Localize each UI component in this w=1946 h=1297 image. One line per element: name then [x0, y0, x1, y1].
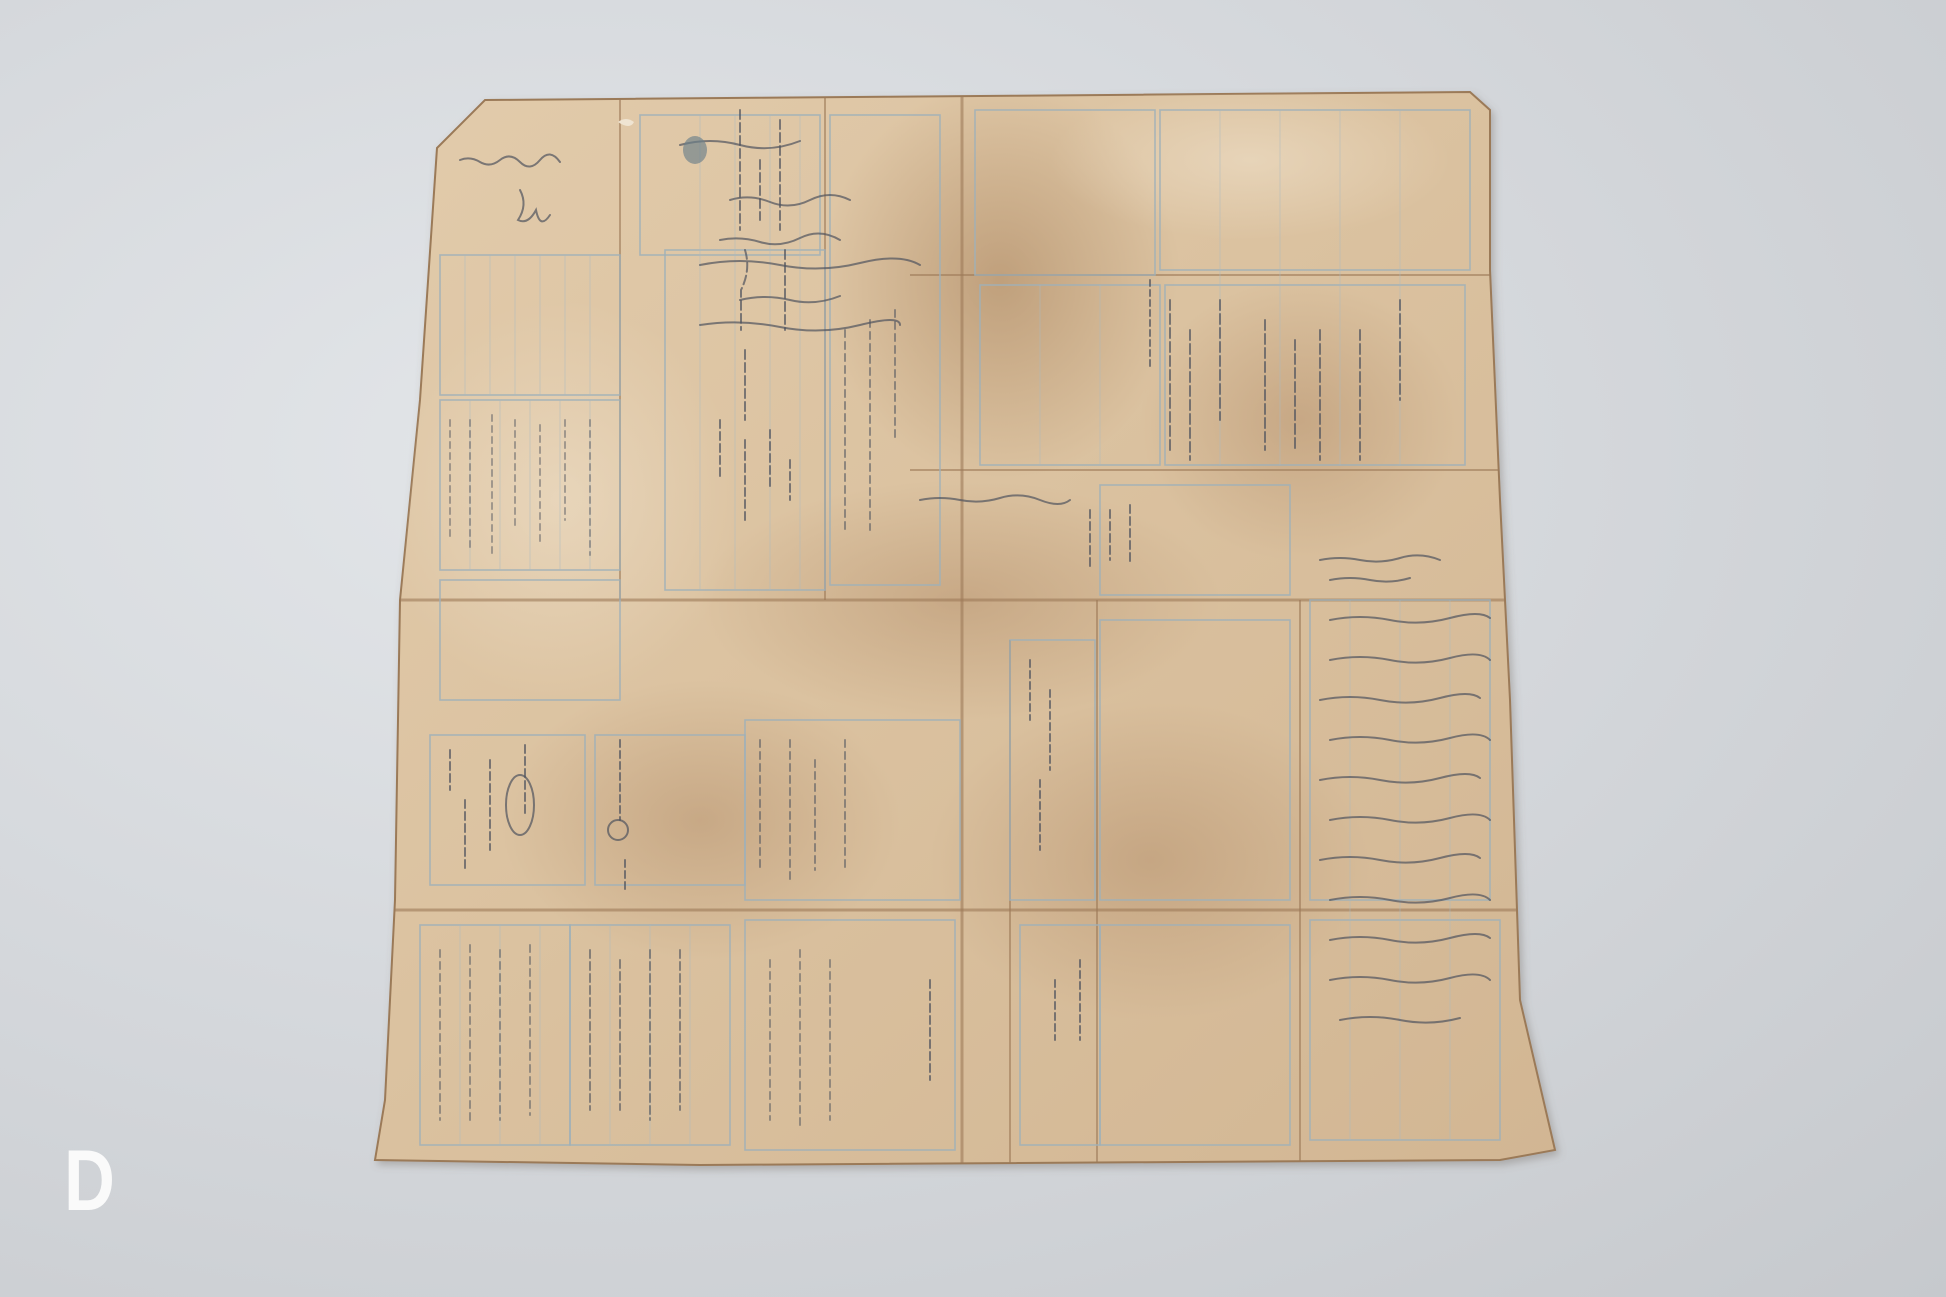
document-photo [0, 0, 1946, 1297]
panel-label: D [64, 1138, 115, 1224]
ink-blot [683, 136, 707, 164]
